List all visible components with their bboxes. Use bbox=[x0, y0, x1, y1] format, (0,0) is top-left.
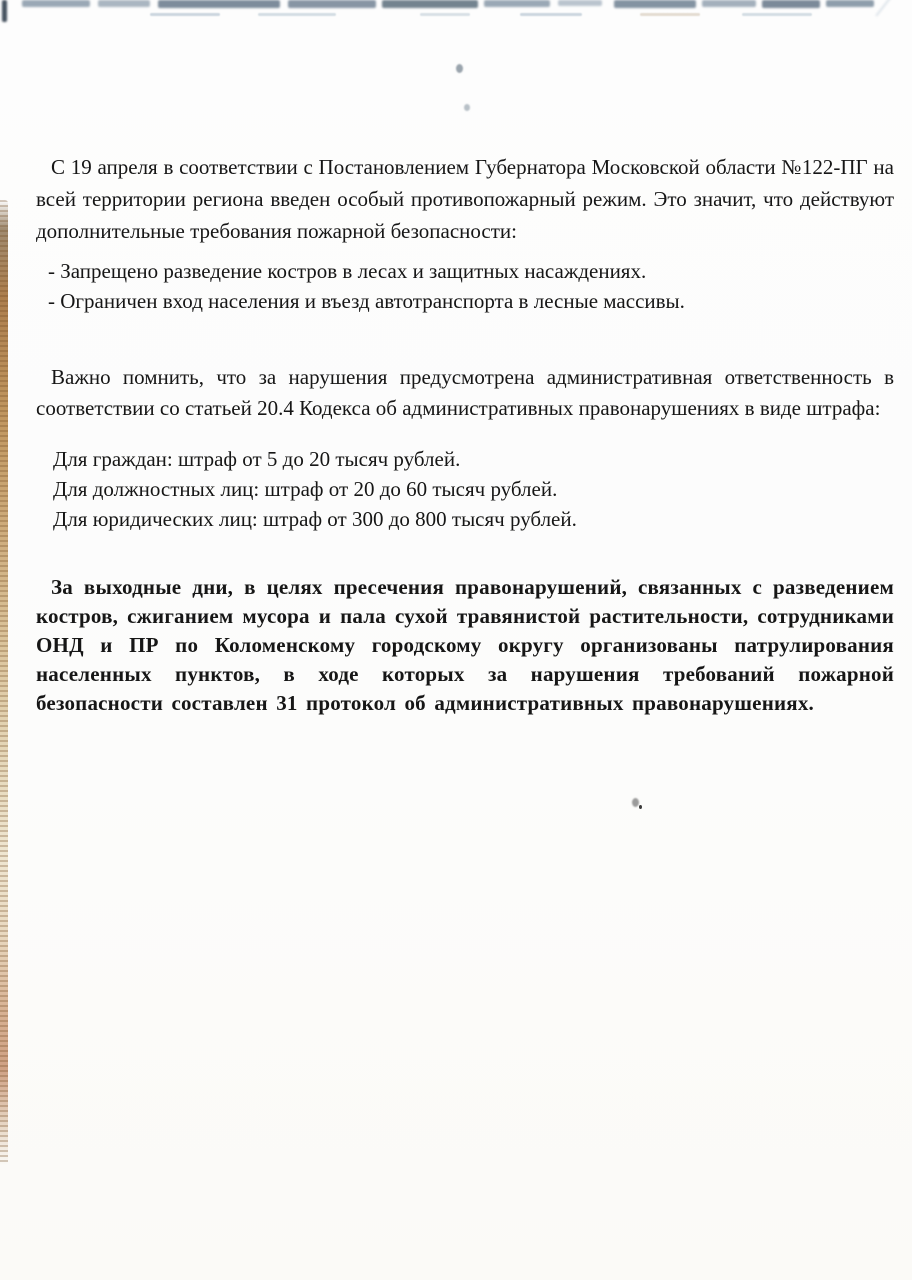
fine-item: Для юридических лиц: штраф от 300 до 800… bbox=[53, 504, 883, 534]
liability-paragraph: Важно помнить, что за нарушения предусмо… bbox=[36, 362, 894, 424]
remnant-underline bbox=[742, 13, 812, 16]
scanned-document-page: С 19 апреля в соответствии с Постановлен… bbox=[0, 0, 912, 1280]
scan-speck bbox=[456, 64, 463, 73]
scan-speck bbox=[632, 798, 639, 807]
restriction-item: - Запрещено разведение костров в лесах и… bbox=[48, 256, 888, 286]
remnant-underline bbox=[520, 13, 582, 16]
remnant-segment bbox=[826, 0, 874, 7]
cropped-top-text-remnant bbox=[0, 0, 912, 20]
fine-item: Для должностных лиц: штраф от 20 до 60 т… bbox=[53, 474, 883, 504]
remnant-underline bbox=[420, 13, 470, 16]
restriction-item: - Ограничен вход населения и въезд автот… bbox=[48, 286, 888, 316]
restrictions-list: - Запрещено разведение костров в лесах и… bbox=[48, 256, 888, 316]
remnant-segment bbox=[158, 0, 280, 8]
scan-edge-mark bbox=[2, 0, 7, 22]
remnant-underline bbox=[640, 13, 700, 16]
scan-edge-strip bbox=[0, 200, 8, 1165]
scan-speck bbox=[639, 805, 642, 809]
intro-paragraph: С 19 апреля в соответствии с Постановлен… bbox=[36, 151, 894, 247]
scan-speck bbox=[464, 104, 470, 111]
remnant-segment bbox=[558, 0, 602, 6]
remnant-segment bbox=[614, 0, 696, 8]
remnant-segment bbox=[484, 0, 550, 7]
remnant-segment bbox=[288, 0, 376, 8]
fine-item: Для граждан: штраф от 5 до 20 тысяч рубл… bbox=[53, 444, 883, 474]
fines-list: Для граждан: штраф от 5 до 20 тысяч рубл… bbox=[53, 444, 883, 534]
remnant-segment bbox=[702, 0, 756, 7]
remnant-segment bbox=[762, 0, 820, 8]
patrol-paragraph: За выходные дни, в целях пресечения прав… bbox=[36, 573, 894, 718]
remnant-underline bbox=[258, 13, 336, 16]
remnant-segment bbox=[98, 0, 150, 7]
remnant-segment bbox=[22, 0, 90, 7]
remnant-underline bbox=[150, 13, 220, 16]
remnant-segment bbox=[382, 0, 478, 8]
